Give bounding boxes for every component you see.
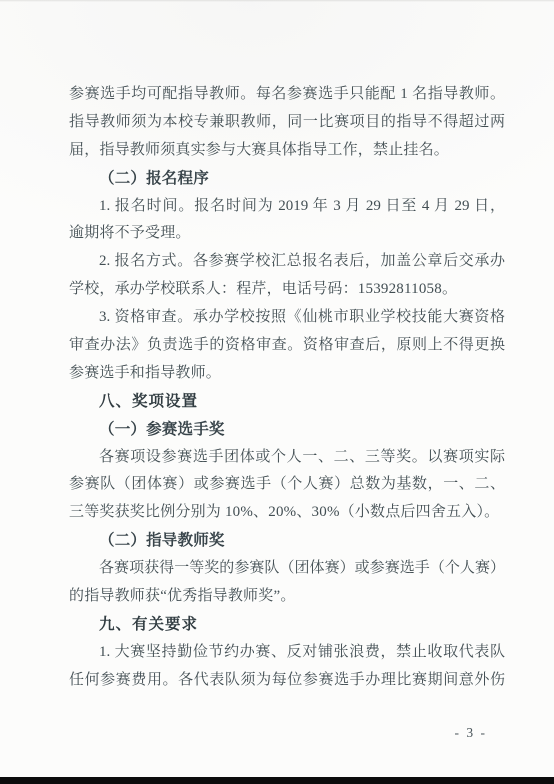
document-line: 各赛项设参赛选手团体或个人一、二、三等奖。以赛项实际 xyxy=(69,444,505,472)
document-text: 参赛选手均可配指导教师。每名参赛选手只能配 1 名指导教师。指导教师须为本校专兼… xyxy=(69,81,505,695)
document-line: 指导教师须为本校专兼职教师，同一比赛项目的指导不得超过两 xyxy=(69,109,505,137)
document-line: 八、奖项设置 xyxy=(69,388,505,416)
scanned-page: 参赛选手均可配指导教师。每名参赛选手只能配 1 名指导教师。指导教师须为本校专兼… xyxy=(0,0,554,784)
document-line: 1. 报名时间。报名时间为 2019 年 3 月 29 日至 4 月 29 日， xyxy=(69,193,505,221)
document-line: 3. 资格审查。承办学校按照《仙桃市职业学校技能大赛资格 xyxy=(69,304,505,332)
document-line: 参赛选手均可配指导教师。每名参赛选手只能配 1 名指导教师。 xyxy=(69,81,505,109)
top-scan-edge xyxy=(0,0,554,2)
document-line: 任何参赛费用。各代表队须为每位参赛选手办理比赛期间意外伤 xyxy=(69,667,505,695)
document-line: 九、有关要求 xyxy=(69,611,505,639)
document-line: 审查办法》负责选手的资格审查。资格审查后，原则上不得更换 xyxy=(69,332,505,360)
document-line: 2. 报名方式。各参赛学校汇总报名表后，加盖公章后交承办 xyxy=(69,248,505,276)
page-number: - 3 - xyxy=(455,725,488,741)
document-line: （二）指导教师奖 xyxy=(69,527,505,555)
document-line: 1. 大赛坚持勤俭节约办赛、反对铺张浪费，禁止收取代表队 xyxy=(69,639,505,667)
document-line: 的指导教师获“优秀指导教师奖”。 xyxy=(69,583,505,611)
document-line: （二）报名程序 xyxy=(69,165,505,193)
document-line: 学校，承办学校联系人：程芹，电话号码：15392811058。 xyxy=(69,276,505,304)
document-line: 参赛队（团体赛）或参赛选手（个人赛）总数为基数，一、二、 xyxy=(69,471,505,499)
document-line: 参赛选手和指导教师。 xyxy=(69,360,505,388)
document-line: （一）参赛选手奖 xyxy=(69,416,505,444)
bottom-scan-edge xyxy=(0,777,554,784)
document-line: 逾期将不予受理。 xyxy=(69,220,505,248)
document-line: 三等奖获奖比例分别为 10%、20%、30%（小数点后四舍五入）。 xyxy=(69,499,505,527)
document-line: 各赛项获得一等奖的参赛队（团体赛）或参赛选手（个人赛） xyxy=(69,555,505,583)
document-line: 届，指导教师须真实参与大赛具体指导工作，禁止挂名。 xyxy=(69,137,505,165)
